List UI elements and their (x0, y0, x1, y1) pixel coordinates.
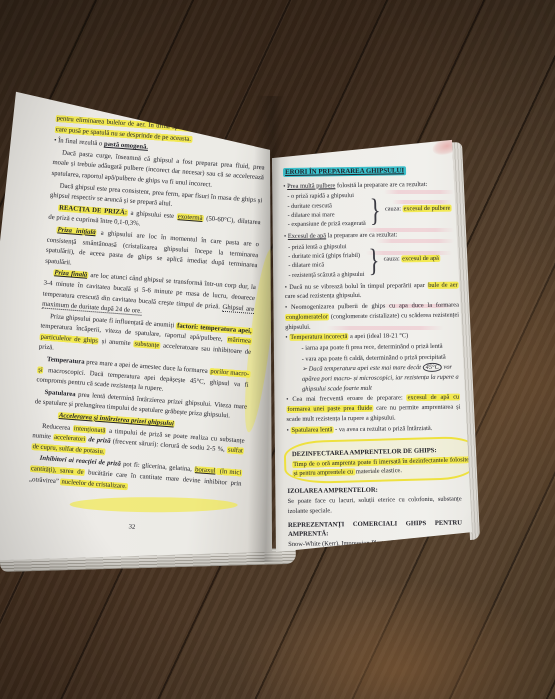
cause-list: - o priză rapidă a ghipsului - duritate … (287, 191, 366, 229)
list-item: - o priză rapidă a ghipsului (287, 191, 365, 201)
cause-diagram: - o priză rapidă a ghipsului - duritate … (287, 190, 457, 229)
term-heading: Priza finală (53, 270, 88, 280)
section-title: REPREZENTANȚI COMERCIALI GHIPS PENTRU AM… (288, 518, 462, 540)
text-run: • Neomogenizarea pulberii de ghips cu ap… (285, 302, 459, 311)
list-item: - duritate mică (ghips friabil) (288, 251, 364, 261)
cause-text: cauza: excesul de apă (384, 254, 441, 264)
section-body: Snow-White (Kerr), Impression Plaster (K… (288, 537, 462, 549)
text-run: nucleelor de cristalizare. (60, 478, 128, 490)
text-run: și anumite (99, 338, 134, 348)
text-run: substanțe (133, 340, 160, 349)
bullet-item: • Cea mai frecventă eroare de preparare:… (286, 393, 460, 425)
term-heading: Spatularea (44, 389, 76, 398)
text-run: pastă omogenă. (104, 141, 149, 151)
text-run: exotermă (177, 213, 204, 222)
list-item: - rezistență scăzută a ghipsului (288, 269, 364, 279)
text-run: a apei (ideal 18-21 °C) (348, 333, 408, 341)
term-heading: Priza inițială (56, 226, 97, 236)
right-page-text: ERORI ÎN PREPARAREA GHIPSULUI • Prea mul… (283, 166, 463, 572)
cause-diagram: - priză lentă a ghipsului - duritate mic… (288, 240, 458, 279)
note-item: ➢ Dacă temperatura apei este mai mare de… (302, 363, 460, 394)
text-run: la preparare are ca rezultat: (326, 232, 397, 240)
disinfection-section: DEZINFECTAREA AMPRENTELOR DE GHIPS: Timp… (284, 436, 479, 485)
text-run: excesul de apă (401, 255, 440, 263)
brace-icon: } (370, 193, 381, 225)
text-run: • Cea mai frecventă eroare de preparare: (286, 395, 406, 404)
text-run: Excesul de apă (288, 233, 326, 241)
photo-of-open-book: pentru eliminarea bulelor de aer. În urm… (0, 0, 555, 699)
left-page-text: pentru eliminarea bulelor de aer. În urm… (26, 114, 268, 541)
text-run: Reducerea (42, 422, 73, 431)
text-run: boraxul (194, 466, 217, 475)
text-run: cauza: (385, 205, 401, 212)
text-run: materiale elastice. (356, 468, 402, 476)
highlight-swoosh (70, 497, 238, 513)
section-heading: ERORI ÎN PREPARAREA GHIPSULUI (283, 166, 457, 178)
section-body: Se poate face cu lacuri, soluții eterice… (288, 495, 462, 517)
text-run: • În final rezultă o (54, 137, 104, 148)
text-run: - va avea ca rezultat o priză întârziată… (333, 425, 432, 433)
text-run: de priză (86, 436, 111, 445)
section-body: Timp de o oră amprenta poate fi imersată… (292, 455, 470, 479)
cause-text: cauza: excesul de pulbere (385, 204, 452, 215)
text-run: care scad rezistența ghipsului. (285, 292, 362, 300)
text-run: ➢ Dacă temperatura apei este mai mare de… (302, 364, 423, 373)
text-run: intenționată (73, 425, 107, 434)
text-run: bule de aer (427, 281, 459, 288)
text-run: Prea multă pulbere (287, 182, 335, 190)
page-number-left: 32 (26, 515, 238, 541)
text-run: Temperatura incorectă (289, 333, 348, 341)
term-heading: Temperatura (47, 356, 85, 366)
list-item: - expansiune de priză exagerată (288, 219, 366, 229)
text-run: cauza: (384, 256, 400, 263)
text-run: conglomeratelor (285, 313, 329, 321)
book-page-right: ERORI ÎN PREPARAREA GHIPSULUI • Prea mul… (266, 128, 478, 552)
text-run: Spatularea lentă (290, 426, 333, 434)
bullet-item: • Spatularea lentă - va avea ca rezultat… (287, 423, 461, 435)
text-run: a ghipsului este (128, 209, 177, 220)
bullet-item: • Dacă nu se vibrează bolul în timpul pr… (285, 280, 459, 302)
cause-list: - priză lentă a ghipsului - duritate mic… (288, 242, 364, 280)
page-number-right: 33 (288, 559, 462, 571)
text-run: acceleratori (53, 434, 87, 443)
brace-icon: } (368, 244, 379, 276)
text-run: • Dacă nu se vibrează bolul în timpul pr… (285, 282, 428, 291)
book-page-left: pentru eliminarea bulelor de aer. În urm… (0, 80, 288, 572)
text-run: ERORI ÎN PREPARAREA GHIPSULUI (283, 166, 406, 177)
text-run: folosită la preparare are ca rezultat: (335, 181, 427, 189)
text-run: excesul de pulbere (403, 205, 452, 213)
circled-value: 45°C (423, 363, 442, 372)
bullet-item: • Neomogenizarea pulberii de ghips cu ap… (285, 301, 459, 333)
isolation-section: IZOLAREA AMPRENTELOR: Se poate face cu l… (287, 485, 462, 550)
